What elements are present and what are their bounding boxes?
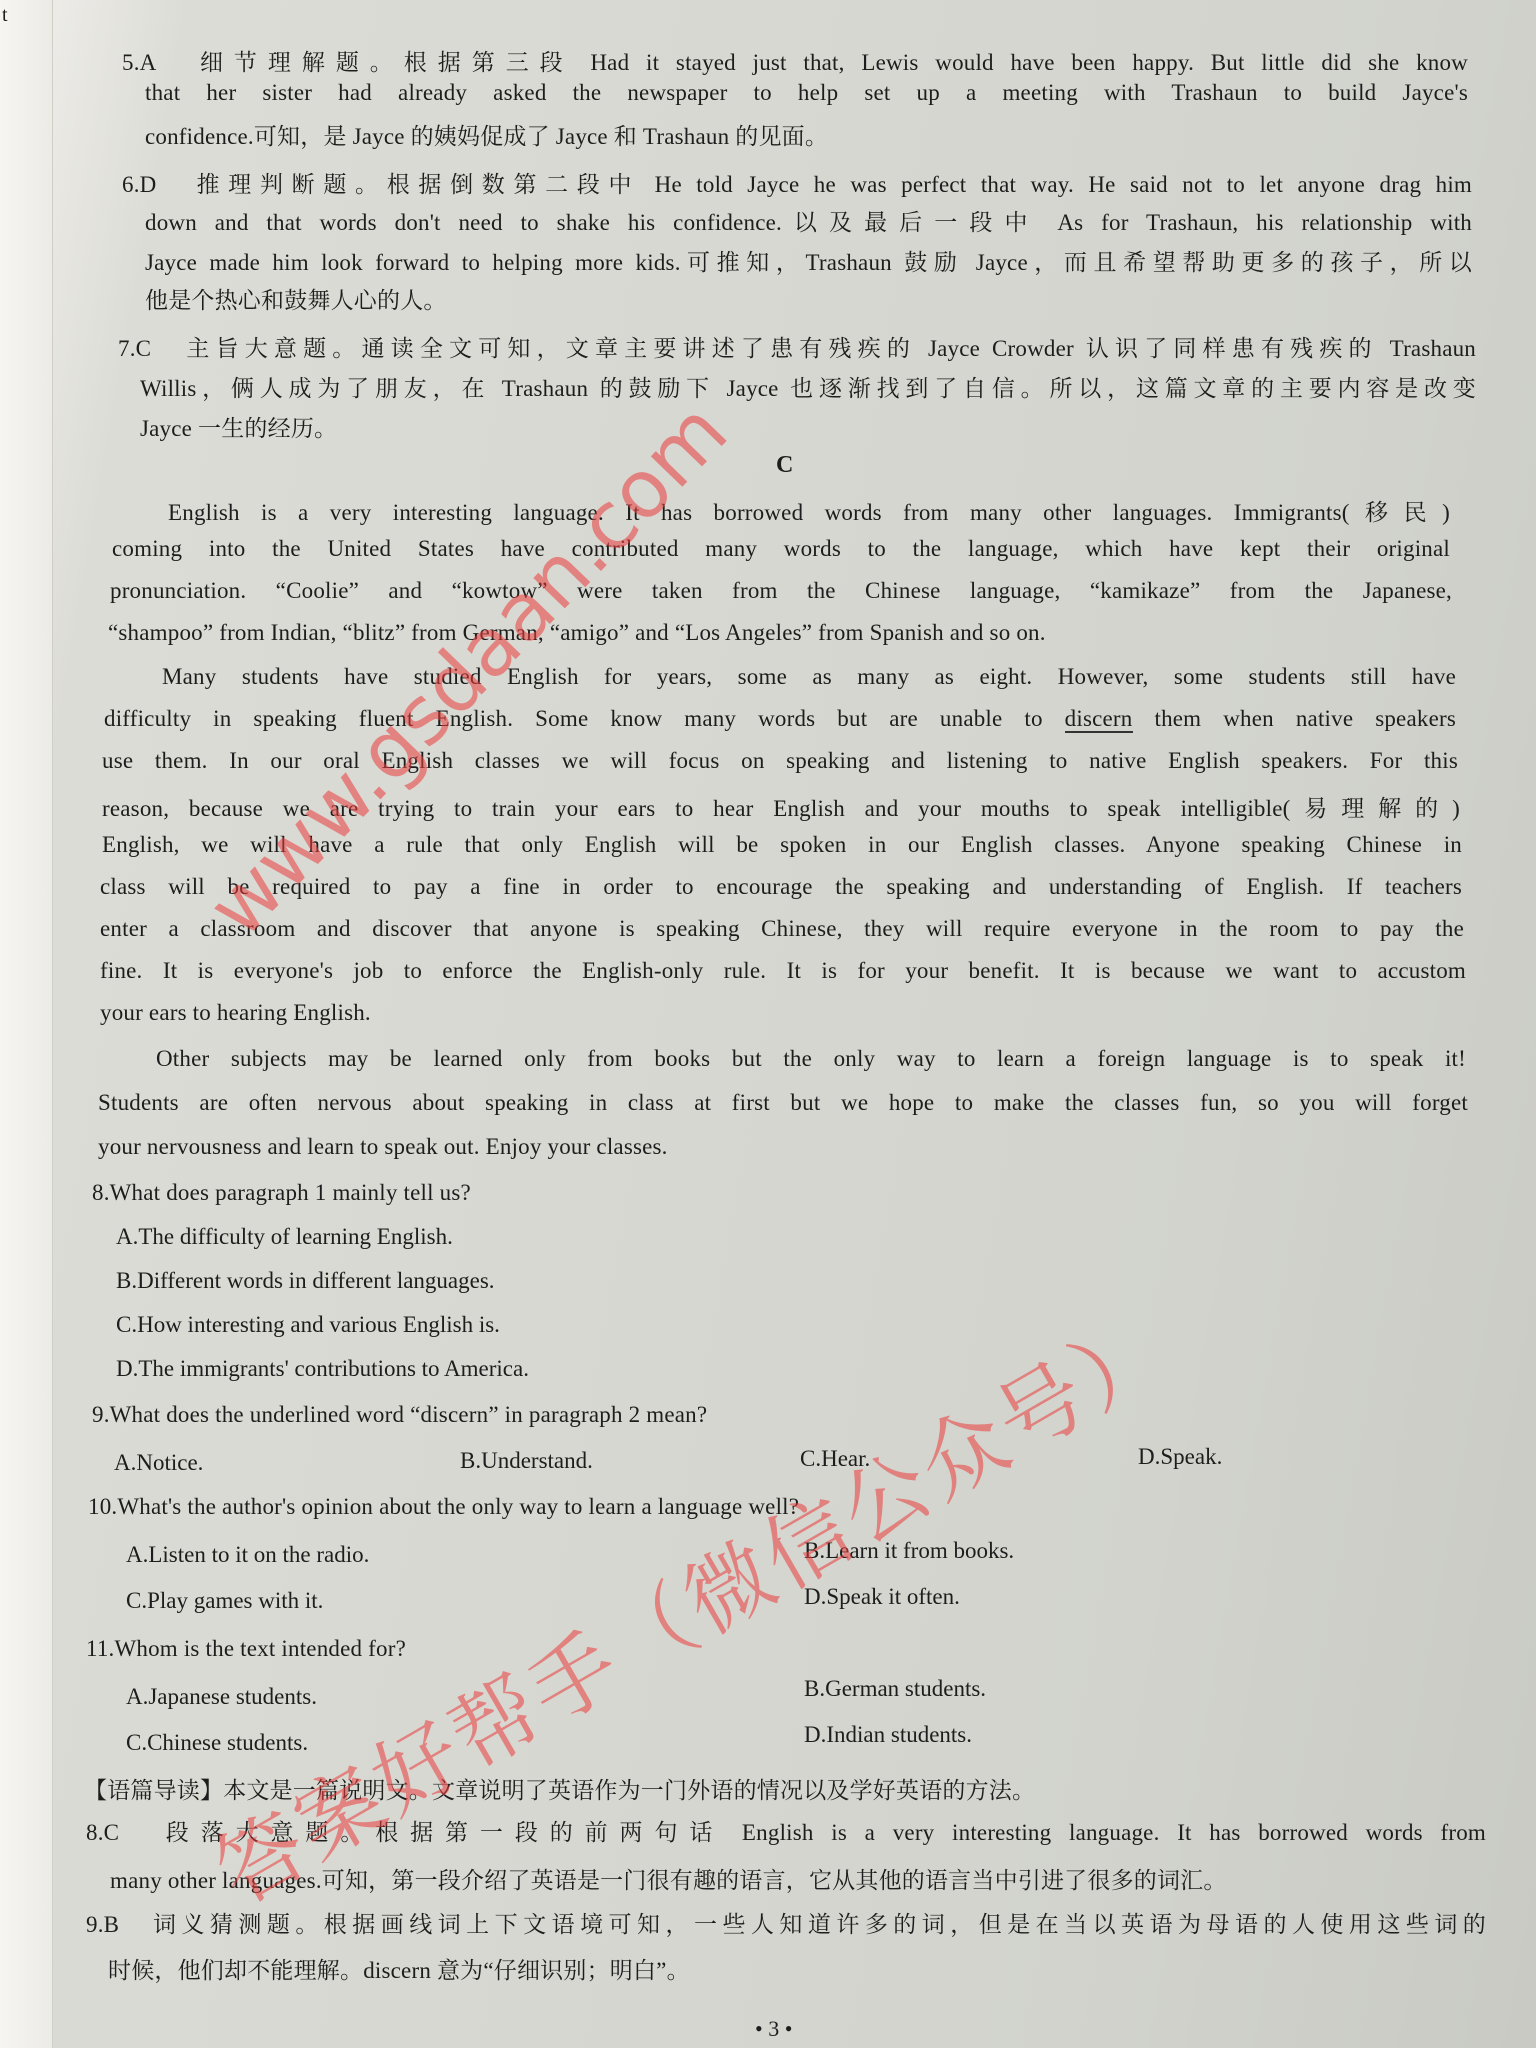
question-10-stem: 10.What's the author's opinion about the… xyxy=(88,1494,799,1520)
question-10-option-a[interactable]: A.Listen to it on the radio. xyxy=(126,1542,369,1568)
question-11-option-b[interactable]: B.German students. xyxy=(804,1676,986,1702)
question-8-option-b[interactable]: B.Different words in different languages… xyxy=(116,1268,495,1294)
passage-heading: C xyxy=(776,452,793,479)
question-9-option-d[interactable]: D.Speak. xyxy=(1138,1444,1222,1470)
answer-5-line-2: that her sister had already asked the ne… xyxy=(145,80,1468,106)
question-10-option-d[interactable]: D.Speak it often. xyxy=(804,1584,960,1610)
para2-line-5: English, we will have a rule that only E… xyxy=(102,832,1462,858)
answer-7-line-3: Jayce 一生的经历。 xyxy=(140,410,337,443)
question-11-option-a[interactable]: A.Japanese students. xyxy=(126,1684,317,1710)
para1-line-2: coming into the United States have contr… xyxy=(112,536,1450,562)
para3-line-1: Other subjects may be learned only from … xyxy=(156,1046,1466,1072)
para2-line-8: fine. It is everyone's job to enforce th… xyxy=(100,958,1466,984)
question-9-option-c[interactable]: C.Hear. xyxy=(800,1446,870,1472)
para1-line-4: “shampoo” from Indian, “blitz” from Germ… xyxy=(108,620,1046,646)
answer-5-line-1: 5.A 细节理解题。根据第三段 Had it stayed just that,… xyxy=(122,44,1468,77)
question-8-option-d[interactable]: D.The immigrants' contributions to Ameri… xyxy=(116,1356,529,1382)
para1-line-1: English is a very interesting language. … xyxy=(168,494,1450,527)
para3-line-3: your nervousness and learn to speak out.… xyxy=(98,1134,668,1160)
question-8-stem: 8.What does paragraph 1 mainly tell us? xyxy=(92,1180,471,1206)
question-11-stem: 11.Whom is the text intended for? xyxy=(86,1636,406,1662)
para2-line-6: class will be required to pay a fine in … xyxy=(100,874,1462,900)
question-9-stem: 9.What does the underlined word “discern… xyxy=(92,1402,707,1428)
answer-9-line-2: 时候，他们却不能理解。discern 意为“仔细识别；明白”。 xyxy=(108,1952,690,1985)
question-10-option-c[interactable]: C.Play games with it. xyxy=(126,1588,323,1614)
answer-6-line-4: 他是个热心和鼓舞人心的人。 xyxy=(145,282,447,315)
answer-8-line-2: many other languages.可知，第一段介绍了英语是一门很有趣的语… xyxy=(110,1862,1227,1895)
para2-line-1: Many students have studied English for y… xyxy=(162,664,1456,690)
para2-line-7: enter a classroom and discover that anyo… xyxy=(100,916,1464,942)
question-11-option-c[interactable]: C.Chinese students. xyxy=(126,1730,308,1756)
underlined-word-discern: discern xyxy=(1065,706,1133,733)
para2-line-4: reason, because we are trying to train y… xyxy=(102,790,1460,823)
passage-guide: 【语篇导读】本文是一篇说明文。文章说明了英语作为一门外语的情况以及学好英语的方法… xyxy=(84,1772,1035,1805)
para1-line-3: pronunciation. “Coolie” and “kowtow” wer… xyxy=(110,578,1452,604)
answer-7-line-2: Willis，俩人成为了朋友，在 Trashaun 的鼓励下 Jayce 也逐渐… xyxy=(140,370,1476,403)
question-9-option-a[interactable]: A.Notice. xyxy=(114,1450,203,1476)
answer-7-line-1: 7.C 主旨大意题。通读全文可知，文章主要讲述了患有残疾的 Jayce Crow… xyxy=(118,330,1476,363)
para3-line-2: Students are often nervous about speakin… xyxy=(98,1090,1468,1116)
question-10-option-b[interactable]: B.Learn it from books. xyxy=(804,1538,1014,1564)
para2-line-9: your ears to hearing English. xyxy=(100,1000,371,1026)
para2-text-before: difficulty in speaking fluent English. S… xyxy=(104,706,1065,731)
question-8-option-a[interactable]: A.The difficulty of learning English. xyxy=(116,1224,453,1250)
answer-6-line-3: Jayce made him look forward to helping m… xyxy=(145,244,1472,277)
answer-5-line-3: confidence.可知，是 Jayce 的姨妈促成了 Jayce 和 Tra… xyxy=(145,118,828,151)
para2-line-3: use them. In our oral English classes we… xyxy=(102,748,1458,774)
question-11-option-d[interactable]: D.Indian students. xyxy=(804,1722,972,1748)
answer-6-line-2: down and that words don't need to shake … xyxy=(145,204,1472,237)
page-number: • 3 • xyxy=(755,2016,792,2042)
answer-8-line-1: 8.C 段落大意题。根据第一段的前两句话 English is a very i… xyxy=(86,1814,1486,1847)
para2-text-after: them when native speakers xyxy=(1133,706,1457,731)
question-9-option-b[interactable]: B.Understand. xyxy=(460,1448,593,1474)
answer-6-line-1: 6.D 推理判断题。根据倒数第二段中 He told Jayce he was … xyxy=(122,166,1472,199)
para2-line-2: difficulty in speaking fluent English. S… xyxy=(104,706,1456,732)
answer-sheet-page: 5.A 细节理解题。根据第三段 Had it stayed just that,… xyxy=(0,0,1536,2048)
answer-9-line-1: 9.B 词义猜测题。根据画线词上下文语境可知，一些人知道许多的词，但是在当以英语… xyxy=(86,1906,1486,1939)
question-8-option-c[interactable]: C.How interesting and various English is… xyxy=(116,1312,500,1338)
